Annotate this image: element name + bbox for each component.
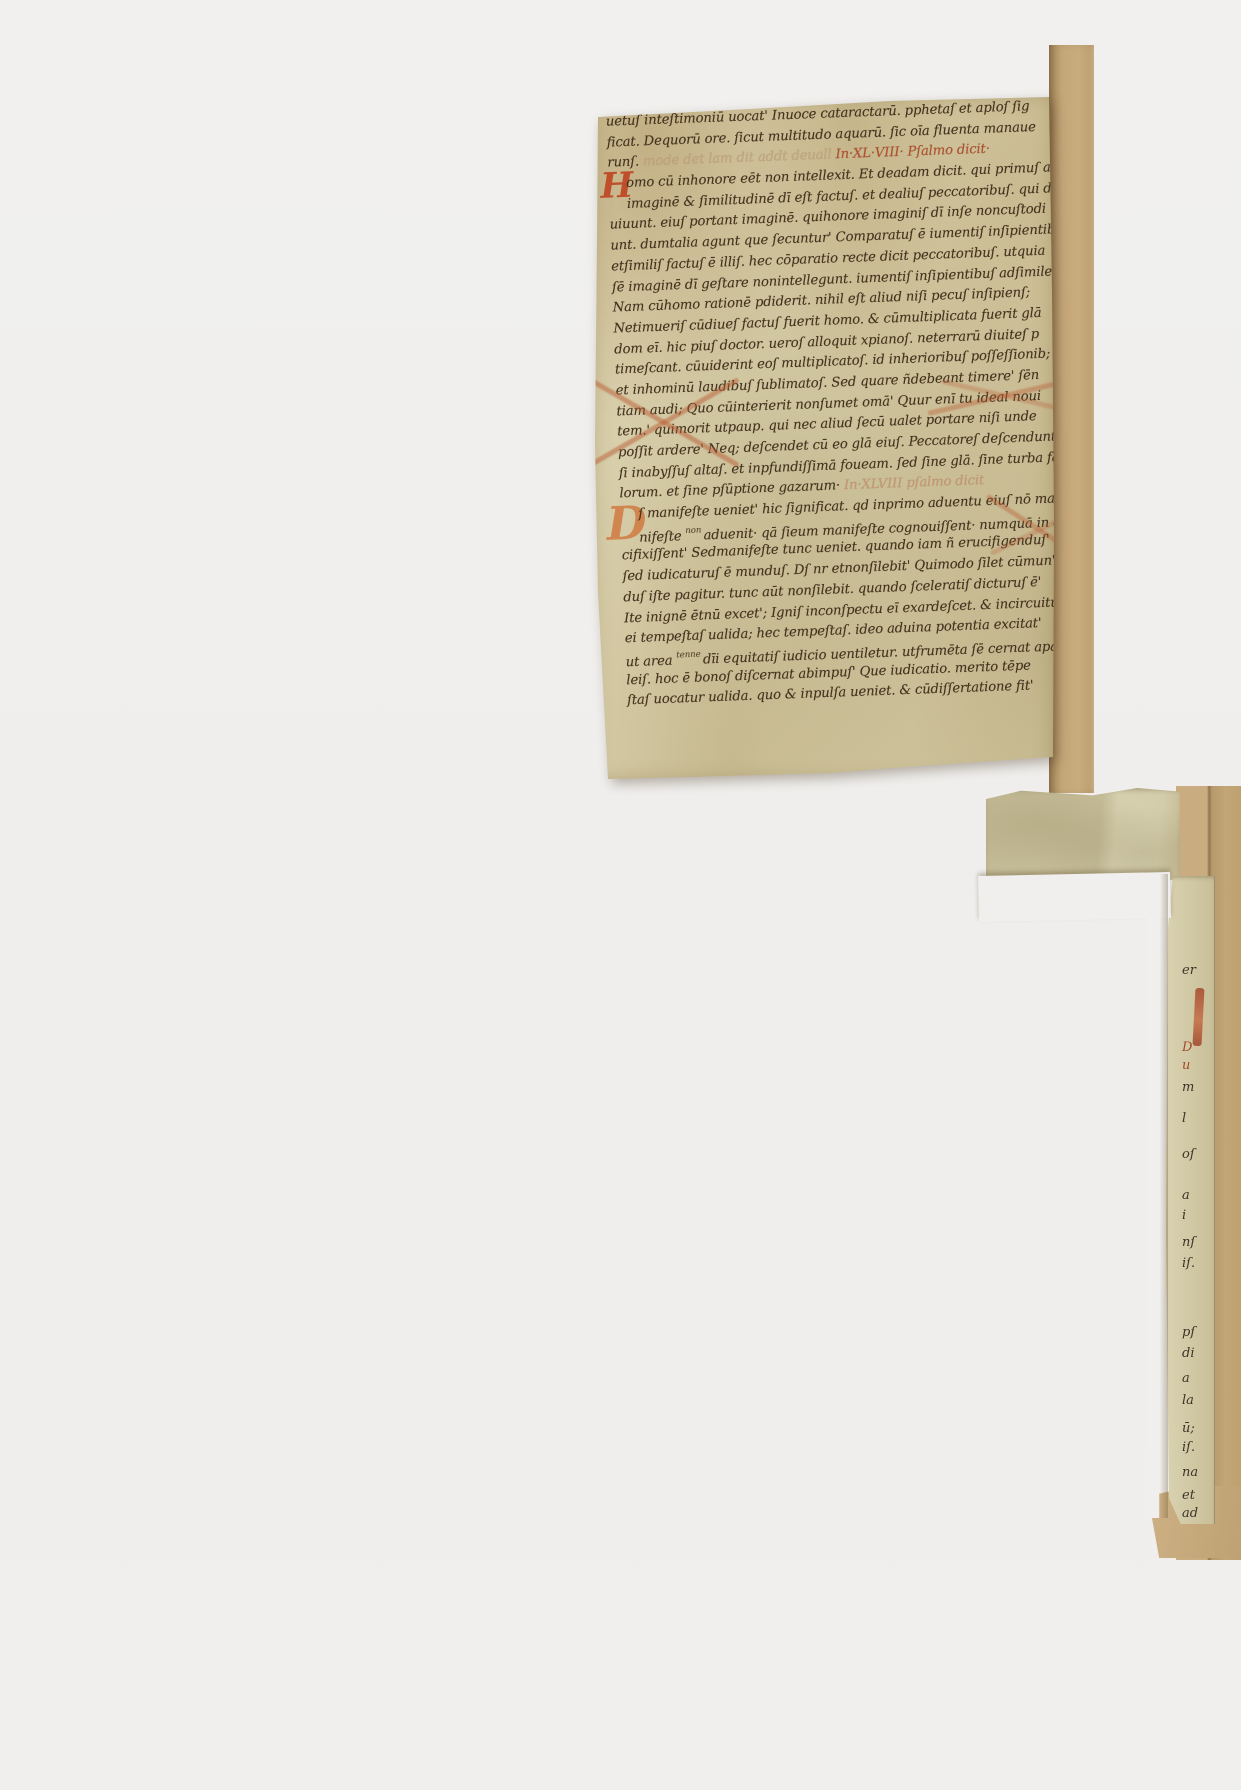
strip-text-fragment: et	[1182, 1489, 1214, 1503]
strip-text-fragment: iſ.	[1182, 1441, 1214, 1455]
strip-text-fragment: ū;	[1182, 1422, 1214, 1436]
strip-text-fragment: er	[1182, 964, 1214, 978]
strip-red-ornament	[1192, 988, 1204, 1046]
strip-text-fragment: l	[1182, 1112, 1214, 1126]
strip-text-fragment: D	[1182, 1041, 1214, 1055]
manuscript-text: tenne	[676, 649, 701, 660]
strip-text-fragment: u	[1182, 1059, 1214, 1073]
interleaf-sheet-edge	[1146, 874, 1168, 1518]
rubric-text: In·XLVIII pſalmo dicit	[844, 473, 985, 493]
strip-text-fragment: oſ	[1182, 1148, 1214, 1162]
leaf-text-lines: H D uetuſ inteſtimoniū uocat' Inuoce cat…	[606, 98, 1070, 714]
strip-text-fragment: la	[1182, 1394, 1214, 1408]
manuscript-text: ut area	[625, 653, 676, 670]
strip-text-fragment: nſ	[1182, 1236, 1214, 1250]
strip-text-fragment: di	[1182, 1347, 1214, 1361]
strip-text-fragment: m	[1182, 1081, 1214, 1095]
strip-text-fragment: a	[1182, 1189, 1214, 1203]
strip-text-fragment: a	[1182, 1372, 1214, 1386]
strip-text-fragment: iſ.	[1182, 1257, 1214, 1271]
manuscript-leaf: H D uetuſ inteſtimoniū uocat' Inuoce cat…	[590, 92, 1056, 784]
strip-text-fragment: pſ	[1182, 1326, 1214, 1340]
manuscript-text: non	[685, 525, 701, 536]
manuscript-text: runſ.	[607, 155, 643, 171]
manuscript-leaf-wrap: H D uetuſ inteſtimoniū uocat' Inuoce cat…	[590, 92, 1056, 784]
parchment-offcut-band	[986, 788, 1180, 880]
strip-text-fragment: na	[1182, 1466, 1214, 1480]
parchment-strip-fragment: erDumloſainſiſ.pſdialaū;iſ.naetad	[1166, 876, 1215, 1524]
strip-text-fragment: ad	[1182, 1507, 1214, 1521]
manuscript-scan-page: erDumloſainſiſ.pſdialaū;iſ.naetad H D ue…	[0, 0, 1241, 1790]
interleaf-sheet-corner	[978, 872, 1171, 922]
manuscript-text: nifeſte	[639, 529, 686, 546]
strip-text-fragment: i	[1182, 1209, 1214, 1223]
